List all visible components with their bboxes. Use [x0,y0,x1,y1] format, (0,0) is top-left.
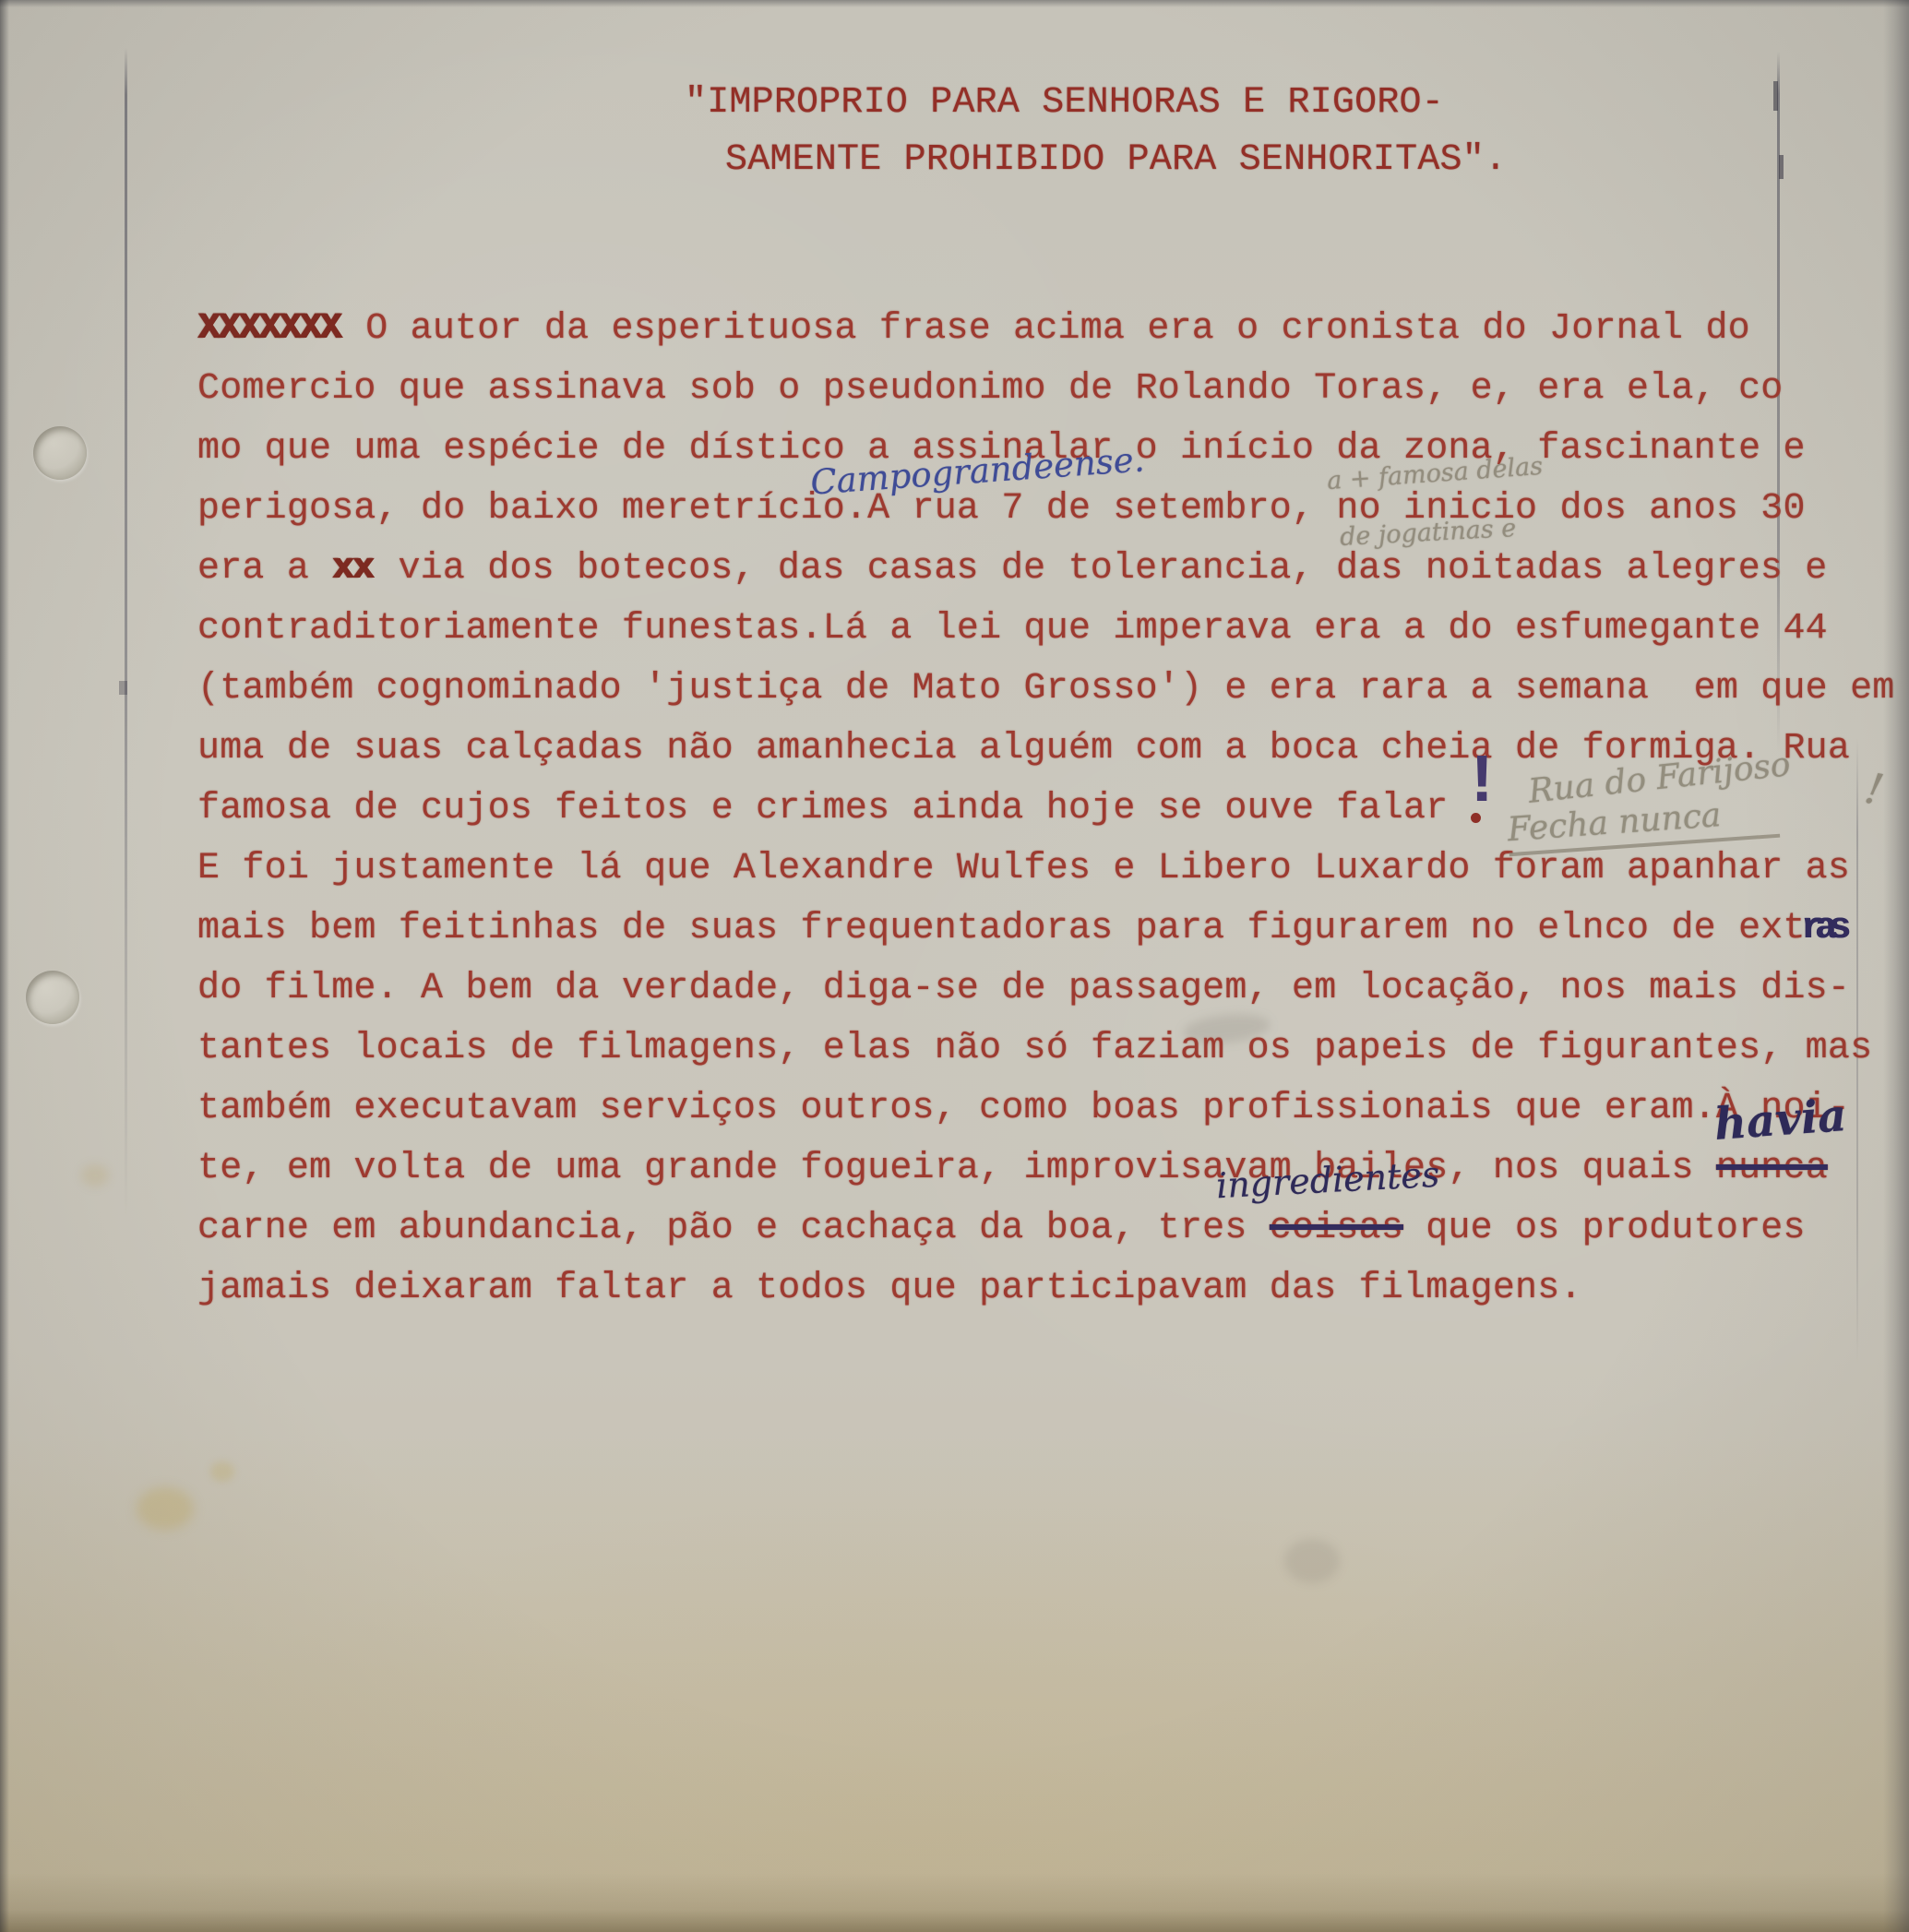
typed-text: carne em abundancia, pão e cachaça da bo… [197,1208,1270,1249]
typed-line: E foi justamente lá que Alexandre Wulfes… [197,851,1850,888]
typed-line: era a xx via dos botecos, das casas de t… [197,551,1828,588]
document-title-line-2: SAMENTE PROHIBIDO PARA SENHORITAS". [725,142,1507,179]
right-line-tick-mark [1773,81,1778,111]
pencil-smudge [1284,1539,1340,1583]
typed-line: mais bem feitinhas de suas frequentadora… [197,911,1843,948]
paper-stain [81,1164,109,1187]
overtyped-correction: ras [1801,908,1843,949]
inked-exclamation-mark: ! [1462,749,1502,817]
handwritten-note-jogatinas: de jogatinas e [1339,516,1516,550]
typed-text: que os produtores [1403,1208,1806,1249]
typed-text: mais bem feitinhas de suas frequentadora… [197,908,1806,949]
document-title-line-1: "IMPROPRIO PARA SENHORAS E RIGORO- [685,85,1444,122]
scanned-typewritten-page: "IMPROPRIO PARA SENHORAS E RIGORO- SAMEN… [0,0,1909,1932]
typed-line: Comercio que assinava sob o pseudonimo d… [197,371,1783,408]
typed-line: do filme. A bem da verdade, diga-se de p… [197,971,1850,1008]
typed-text: era a [197,548,331,590]
handwritten-correction-ingredientes: ingredientes [1215,1157,1440,1204]
typed-line: famosa de cujos feitos e crimes ainda ho… [197,791,1448,828]
typed-text: te, em volta de uma grande fogueira, imp… [197,1148,1716,1189]
handwritten-correction-havia: havia [1713,1093,1848,1147]
right-line-tick-mark [1779,155,1784,179]
typed-line: uma de suas calçadas não amanhecia algué… [197,731,1850,768]
typed-line: carne em abundancia, pão e cachaça da bo… [197,1210,1806,1247]
overstruck-x-characters: xx [331,548,372,590]
typed-line: jamais deixaram faltar a todos que parti… [197,1270,1582,1307]
typed-line: (também cognominado 'justiça de Mato Gro… [197,671,1895,708]
pencil-margin-mark: ! [1861,767,1887,812]
typed-line: também executavam serviços outros, como … [197,1091,1850,1127]
hole-punch [33,426,87,480]
left-line-tick-mark [119,681,127,695]
struck-out-word: nunca [1716,1148,1828,1189]
paper-stain [137,1487,194,1530]
typed-line: tantes locais de filmagens, elas não só … [197,1031,1872,1067]
typed-line: XXXXXXX O autor da esperituosa frase aci… [197,311,1750,348]
typed-line: contraditoriamente funestas.Lá a lei que… [197,611,1828,648]
paper-stain [210,1461,234,1482]
typed-text: via dos botecos, das casas de tolerancia… [376,548,1827,590]
typed-line: te, em volta de uma grande fogueira, imp… [197,1151,1828,1187]
hole-punch [26,971,79,1024]
overstruck-x-characters: XXXXXXX [197,308,340,350]
left-margin-fold-line [125,48,127,1220]
typed-text: O autor da esperituosa frase acima era o… [343,308,1750,350]
struck-out-word: coisas [1270,1208,1403,1249]
typed-line: perigosa, do baixo meretrício.A rua 7 de… [197,491,1806,528]
